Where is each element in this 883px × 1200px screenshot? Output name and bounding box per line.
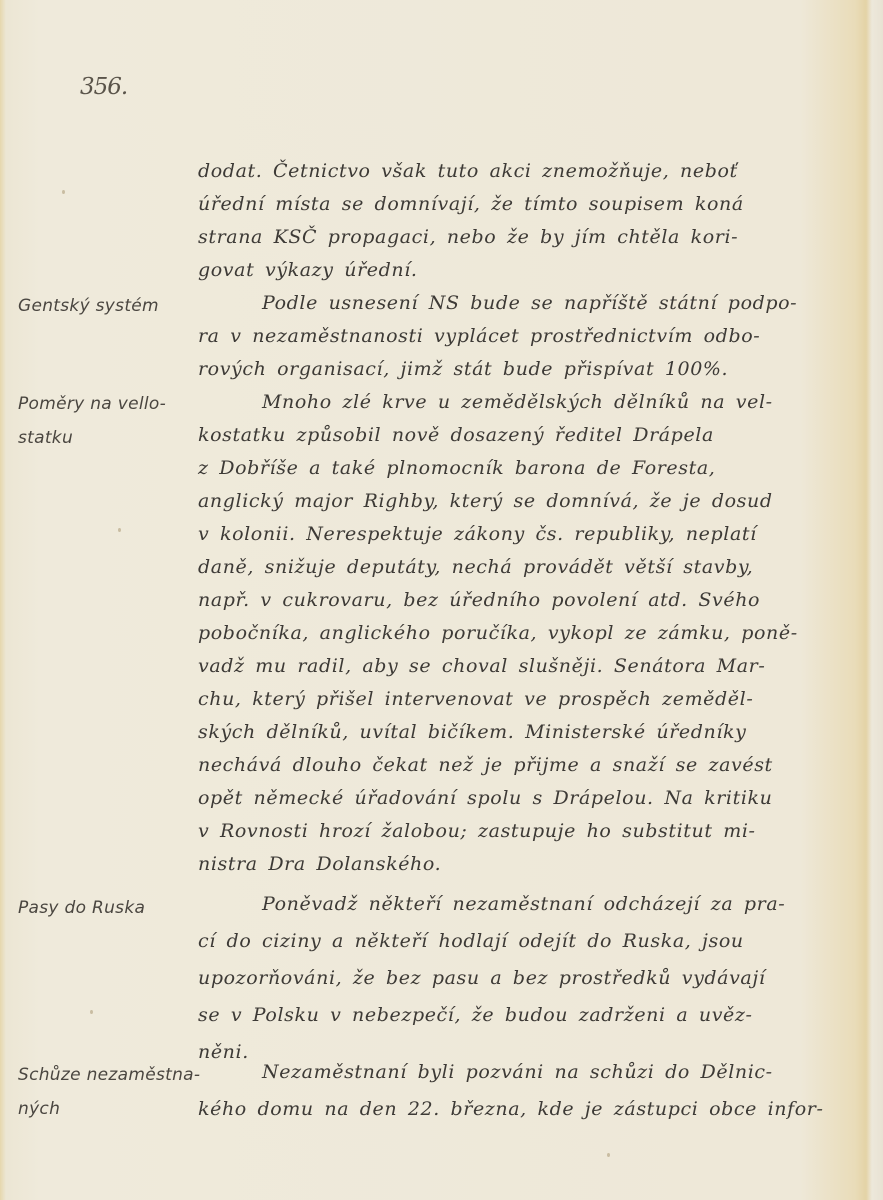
margin-note: Poměry na vello- <box>18 394 166 414</box>
text-line: rových organisací, jimž stát bude přispí… <box>198 358 728 380</box>
text-line: ra v nezaměstnanosti vyplácet prostředni… <box>198 325 760 347</box>
margin-note: Pasy do Ruska <box>18 898 145 918</box>
text-line: chu, který přišel intervenovat ve prospě… <box>198 688 753 710</box>
margin-note: ných <box>18 1099 60 1119</box>
text-line: kého domu na den 22. března, kde je zást… <box>198 1098 823 1120</box>
manuscript-page: 356. Gentský systémPoměry na vello-statk… <box>0 0 883 1200</box>
page-number: 356. <box>80 74 127 100</box>
paper-speck <box>62 190 65 194</box>
text-line: cí do ciziny a někteří hodlají odejít do… <box>198 930 744 952</box>
text-line: govat výkazy úřední. <box>198 259 418 281</box>
text-line: opět německé úřadování spolu s Drápelou.… <box>198 787 772 809</box>
text-line: se v Polsku v nebezpečí, že budou zadrže… <box>198 1004 753 1026</box>
text-line: např. v cukrovaru, bez úředního povolení… <box>198 589 760 611</box>
text-line: z Dobříše a také plnomocník barona de Fo… <box>198 457 715 479</box>
paper-speck <box>607 1153 610 1157</box>
text-line: kostatku způsobil nově dosazený ředitel … <box>198 424 714 446</box>
text-line: úřední místa se domnívají, že tímto soup… <box>198 193 744 215</box>
text-line: anglický major Righby, který se domnívá,… <box>198 490 773 512</box>
text-line: nechává dlouho čekat než je přijme a sna… <box>198 754 773 776</box>
margin-note: Schůze nezaměstna- <box>18 1065 200 1085</box>
text-line: upozorňováni, že bez pasu a bez prostřed… <box>198 967 766 989</box>
text-line: něni. <box>198 1041 249 1063</box>
margin-note: Gentský systém <box>18 296 159 316</box>
margin-note: statku <box>18 428 73 448</box>
text-line: v Rovnosti hrozí žalobou; zastupuje ho s… <box>198 820 756 842</box>
text-line: v kolonii. Nerespektuje zákony čs. repub… <box>198 523 757 545</box>
text-line: dodat. Četnictvo však tuto akci znemožňu… <box>198 160 738 182</box>
text-line: Nezaměstnaní byli pozváni na schůzi do D… <box>262 1061 773 1083</box>
text-line: Poněvadž někteří nezaměstnaní odcházejí … <box>262 893 785 915</box>
text-line: daně, snižuje deputáty, nechá provádět v… <box>198 556 753 578</box>
paper-speck <box>118 528 121 532</box>
paper-speck <box>90 1010 93 1014</box>
text-line: nistra Dra Dolanského. <box>198 853 441 875</box>
text-line: ských dělníků, uvítal bičíkem. Ministers… <box>198 721 746 743</box>
text-line: strana KSČ propagaci, nebo že by jím cht… <box>198 226 738 248</box>
text-line: pobočníka, anglického poručíka, vykopl z… <box>198 622 798 644</box>
text-line: vadž mu radil, aby se choval slušněji. S… <box>198 655 765 677</box>
text-line: Mnoho zlé krve u zemědělských dělníků na… <box>262 391 773 413</box>
text-line: Podle usnesení NS bude se napříště státn… <box>262 292 797 314</box>
